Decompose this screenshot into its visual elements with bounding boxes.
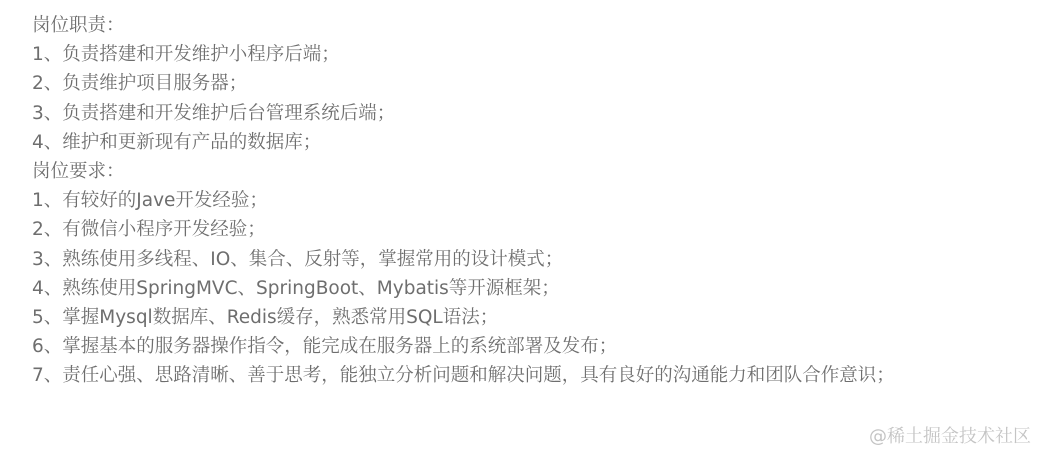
requirement-item: 5、掌握Mysql数据库、Redis缓存，熟悉常用SQL语法； [32,303,895,332]
requirement-item: 4、熟练使用SpringMVC、SpringBoot、Mybatis等开源框架； [32,274,895,303]
requirement-item: 2、有微信小程序开发经验； [32,215,895,244]
job-description: 岗位职责： 1、负责搭建和开发维护小程序后端； 2、负责维护项目服务器； 3、负… [32,11,895,390]
responsibility-item: 2、负责维护项目服务器； [32,69,895,98]
section-heading-requirements: 岗位要求： [32,157,895,186]
responsibility-item: 1、负责搭建和开发维护小程序后端； [32,40,895,69]
section-heading-responsibilities: 岗位职责： [32,11,895,40]
responsibility-item: 4、维护和更新现有产品的数据库； [32,128,895,157]
requirement-item: 1、有较好的Jave开发经验； [32,186,895,215]
responsibility-item: 3、负责搭建和开发维护后台管理系统后端； [32,99,895,128]
requirement-item: 7、责任心强、思路清晰、善于思考，能独立分析问题和解决问题，具有良好的沟通能力和… [32,361,895,390]
requirement-item: 6、掌握基本的服务器操作指令，能完成在服务器上的系统部署及发布； [32,332,895,361]
watermark: @稀土掘金技术社区 [869,425,1031,449]
requirement-item: 3、熟练使用多线程、IO、集合、反射等，掌握常用的设计模式； [32,245,895,274]
